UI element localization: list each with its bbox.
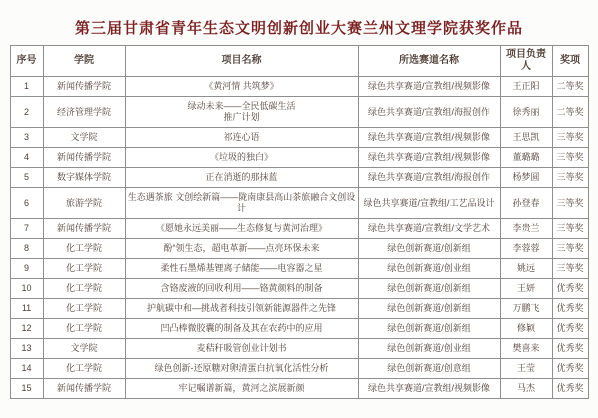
header-project: 项目名称 — [125, 46, 358, 77]
table-row: 11化工学院护航碳中和—挑战者科技引领新能源器件之先锋绿色创新赛道/创新组万鹏飞… — [10, 299, 588, 319]
cell-leader: 董璐璐 — [500, 148, 552, 168]
cell-award: 优秀奖 — [552, 299, 588, 319]
cell-award: 三等奖 — [552, 219, 588, 239]
cell-track: 绿色共享赛道/宣教组/视频影像 — [358, 379, 500, 399]
cell-project: 绿色创新-还原糖对卵清蛋白抗氧化活性分析 — [125, 359, 358, 379]
cell-college: 新闻传播学院 — [43, 219, 125, 239]
cell-college: 新闻传播学院 — [43, 379, 125, 399]
table-row: 15新闻传播学院牢记嘱谱新篇，黄河之滨展新颜绿色共享赛道/宣教组/视频影像马杰优… — [10, 379, 588, 399]
cell-track: 绿色共享赛道/宣教组/海报创作 — [358, 168, 500, 188]
award-table: 序号 学院 项目名称 所选赛道名称 项目负责人 奖项 1新闻传播学院《黄河情 共… — [10, 45, 589, 399]
cell-college: 旅游学院 — [43, 188, 125, 219]
cell-no: 15 — [10, 379, 43, 399]
cell-no: 12 — [10, 319, 43, 339]
cell-track: 绿色创新赛道/创新组 — [358, 279, 500, 299]
cell-leader: 马杰 — [500, 379, 552, 399]
cell-college: 文学院 — [43, 128, 125, 148]
header-award: 奖项 — [552, 46, 588, 77]
table-row: 5数字媒体学院正在消逝的那抹蓝绿色共享赛道/宣教组/海报创作杨梦圆三等奖 — [10, 168, 588, 188]
table-row: 9化工学院柔性石墨烯基锂离子储能——电容器之星绿色创新赛道/创业组姚远三等奖 — [10, 259, 588, 279]
cell-award: 三等奖 — [552, 259, 588, 279]
table-row: 7新闻传播学院《愿她永远美丽——生态修复与黄河治理》绿色共享赛道/宣教组/文学艺… — [10, 219, 588, 239]
cell-college: 新闻传播学院 — [43, 77, 125, 97]
cell-project: 酚“领生态，超电革新——点亮环保未来 — [125, 239, 358, 259]
cell-no: 6 — [10, 188, 43, 219]
cell-project: 护航碳中和—挑战者科技引领新能源器件之先锋 — [125, 299, 358, 319]
table-row: 1新闻传播学院《黄河情 共筑梦》绿色共享赛道/宣教组/视频影像王正阳二等奖 — [10, 77, 588, 97]
cell-track: 绿色共享赛道/宣教组/视频影像 — [358, 77, 500, 97]
cell-leader: 孙登春 — [500, 188, 552, 219]
cell-no: 1 — [10, 77, 43, 97]
cell-award: 三等奖 — [552, 239, 588, 259]
cell-award: 二等奖 — [552, 97, 588, 128]
cell-award: 三等奖 — [552, 128, 588, 148]
cell-track: 绿色创新赛道/创业组 — [358, 339, 500, 359]
cell-no: 2 — [10, 97, 43, 128]
cell-project: 祁连心语 — [125, 128, 358, 148]
document-page: 第三届甘肃省青年生态文明创新创业大赛兰州文理学院获奖作品 序号 学院 项目名称 … — [0, 0, 598, 418]
cell-project: 《垃圾的独白》 — [125, 148, 358, 168]
page-title: 第三届甘肃省青年生态文明创新创业大赛兰州文理学院获奖作品 — [0, 17, 598, 38]
cell-project: 柔性石墨烯基锂离子储能——电容器之星 — [125, 259, 358, 279]
cell-college: 化工学院 — [43, 359, 125, 379]
table-row: 10化工学院含铬废液的回收利用——铬黄颜料的制备绿色创新赛道/创新组王妍优秀奖 — [10, 279, 588, 299]
cell-no: 10 — [10, 279, 43, 299]
cell-track: 绿色共享赛道/宣教组/视频影像 — [358, 128, 500, 148]
table-header: 序号 学院 项目名称 所选赛道名称 项目负责人 奖项 — [10, 46, 588, 77]
table-row: 3文学院祁连心语绿色共享赛道/宣教组/视频影像王思凯三等奖 — [10, 128, 588, 148]
cell-track: 绿色创新赛道/创新组 — [358, 299, 500, 319]
cell-leader: 修颖 — [500, 319, 552, 339]
cell-no: 5 — [10, 168, 43, 188]
cell-college: 化工学院 — [43, 279, 125, 299]
cell-no: 8 — [10, 239, 43, 259]
cell-award: 优秀奖 — [552, 379, 588, 399]
cell-project: 《黄河情 共筑梦》 — [125, 77, 358, 97]
cell-track: 绿色共享赛道/宣教组/视频影像 — [358, 148, 500, 168]
cell-track: 绿色创新赛道/创业组 — [358, 259, 500, 279]
cell-leader: 杨梦圆 — [500, 168, 552, 188]
cell-track: 绿色共享赛道/宣教组/海报创作 — [358, 97, 500, 128]
cell-no: 13 — [10, 339, 43, 359]
cell-award: 优秀奖 — [552, 279, 588, 299]
cell-college: 化工学院 — [43, 319, 125, 339]
cell-track: 绿色共享赛道/宣教组/文学艺术 — [358, 219, 500, 239]
cell-project: 麦秸秆吸管创业计划书 — [125, 339, 358, 359]
cell-leader: 王莹 — [500, 359, 552, 379]
table-row: 2经济管理学院绿动未来——全民低碳生活 推广计划绿色共享赛道/宣教组/海报创作徐… — [10, 97, 588, 128]
cell-track: 绿色创新赛道/创新组 — [358, 319, 500, 339]
cell-no: 11 — [10, 299, 43, 319]
table-header-row: 序号 学院 项目名称 所选赛道名称 项目负责人 奖项 — [10, 46, 588, 77]
cell-leader: 王正阳 — [500, 77, 552, 97]
table-body: 1新闻传播学院《黄河情 共筑梦》绿色共享赛道/宣教组/视频影像王正阳二等奖2经济… — [10, 77, 588, 399]
cell-leader: 樊喜来 — [500, 339, 552, 359]
cell-project: 绿动未来——全民低碳生活 推广计划 — [125, 97, 358, 128]
cell-award: 优秀奖 — [552, 339, 588, 359]
cell-college: 化工学院 — [43, 239, 125, 259]
cell-college: 文学院 — [43, 339, 125, 359]
cell-college: 化工学院 — [43, 259, 125, 279]
cell-no: 3 — [10, 128, 43, 148]
cell-project: 牢记嘱谱新篇，黄河之滨展新颜 — [125, 379, 358, 399]
table-row: 13文学院麦秸秆吸管创业计划书绿色创新赛道/创业组樊喜来优秀奖 — [10, 339, 588, 359]
cell-college: 经济管理学院 — [43, 97, 125, 128]
cell-no: 4 — [10, 148, 43, 168]
cell-award: 三等奖 — [552, 188, 588, 219]
cell-no: 14 — [10, 359, 43, 379]
cell-project: 凹凸棒微胶囊的制备及其在农药中的应用 — [125, 319, 358, 339]
cell-award: 优秀奖 — [552, 319, 588, 339]
header-no: 序号 — [10, 46, 43, 77]
header-leader: 项目负责人 — [500, 46, 552, 77]
cell-leader: 王思凯 — [500, 128, 552, 148]
cell-college: 化工学院 — [43, 299, 125, 319]
cell-leader: 徐秀丽 — [500, 97, 552, 128]
cell-track: 绿色创新赛道/创新组 — [358, 239, 500, 259]
cell-college: 新闻传播学院 — [43, 148, 125, 168]
cell-leader: 万鹏飞 — [500, 299, 552, 319]
table-row: 12化工学院凹凸棒微胶囊的制备及其在农药中的应用绿色创新赛道/创新组修颖优秀奖 — [10, 319, 588, 339]
cell-project: 含铬废液的回收利用——铬黄颜料的制备 — [125, 279, 358, 299]
cell-leader: 李贵兰 — [500, 219, 552, 239]
header-track: 所选赛道名称 — [358, 46, 500, 77]
cell-leader: 李蓉蓉 — [500, 239, 552, 259]
cell-leader: 姚远 — [500, 259, 552, 279]
cell-track: 绿色创新赛道/创意组 — [358, 359, 500, 379]
table-row: 14化工学院绿色创新-还原糖对卵清蛋白抗氧化活性分析绿色创新赛道/创意组王莹优秀… — [10, 359, 588, 379]
cell-project: 正在消逝的那抹蓝 — [125, 168, 358, 188]
header-college: 学院 — [43, 46, 125, 77]
cell-award: 优秀奖 — [552, 359, 588, 379]
cell-award: 三等奖 — [552, 168, 588, 188]
cell-track: 绿色共享赛道/宣教组/工艺品设计 — [358, 188, 500, 219]
cell-college: 数字媒体学院 — [43, 168, 125, 188]
table-row: 8化工学院酚“领生态，超电革新——点亮环保未来绿色创新赛道/创新组李蓉蓉三等奖 — [10, 239, 588, 259]
cell-no: 7 — [10, 219, 43, 239]
table-row: 4新闻传播学院《垃圾的独白》绿色共享赛道/宣教组/视频影像董璐璐三等奖 — [10, 148, 588, 168]
table-row: 6旅游学院生态遇茶旅 文创绘新篇——陇南康县高山茶旅融合文创设计绿色共享赛道/宣… — [10, 188, 588, 219]
cell-award: 二等奖 — [552, 77, 588, 97]
cell-project: 《愿她永远美丽——生态修复与黄河治理》 — [125, 219, 358, 239]
cell-no: 9 — [10, 259, 43, 279]
cell-leader: 王妍 — [500, 279, 552, 299]
cell-award: 三等奖 — [552, 148, 588, 168]
cell-project: 生态遇茶旅 文创绘新篇——陇南康县高山茶旅融合文创设计 — [125, 188, 358, 219]
